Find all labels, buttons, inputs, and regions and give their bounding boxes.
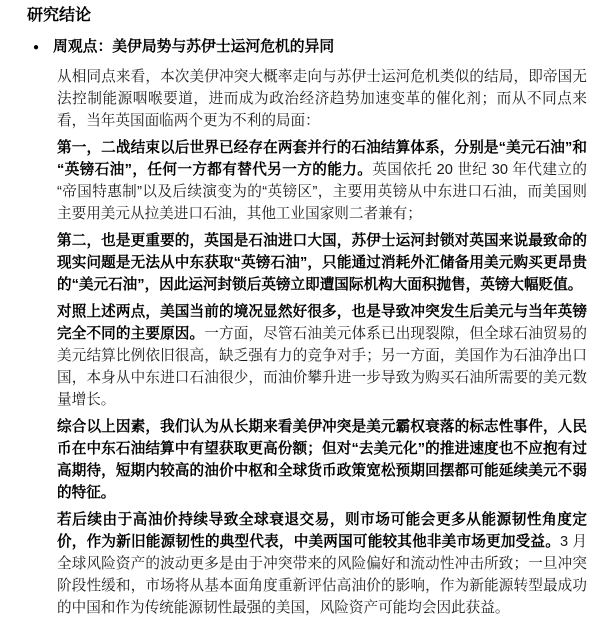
bullet-heading: 周观点：美伊局势与苏伊士运河危机的异同 [53, 37, 334, 58]
paragraph-2: 第一，二战结束以后世界已经存在两套并行的石油结算体系，分别是“美元石油”和“英镑… [57, 137, 587, 225]
paragraph-6-bold-lead: 若后续由于高油价持续导致全球衰退交易，则市场可能会更多从能源韧性角度定价，作为新… [57, 512, 587, 550]
bullet-item: ● 周观点：美伊局势与苏伊士运河危机的异同 [33, 37, 585, 58]
paragraph-3-bold-lead: 第二，也是更重要的，英国是石油进口大国，苏伊士运河封锁对英国来说最致命的现实问题… [57, 233, 587, 293]
paragraph-1-text: 从相同点来看，本次美伊冲突大概率走向与苏伊士运河危机类似的结局，即帝国无法控制能… [57, 69, 587, 129]
paragraph-4: 对照上述两点，美国当前的境况显然好很多，也是导致冲突发生后美元与当年英镑完全不同… [57, 301, 587, 411]
paragraph-5: 综合以上因素，我们认为从长期来看美伊冲突是美元霸权衰落的标志性事件，人民币在中东… [57, 416, 587, 504]
paragraph-block: 从相同点来看，本次美伊冲突大概率走向与苏伊士运河危机类似的结局，即帝国无法控制能… [57, 66, 587, 619]
paragraph-3: 第二，也是更重要的，英国是石油进口大国，苏伊士运河封锁对英国来说最致命的现实问题… [57, 230, 587, 296]
paragraph-6: 若后续由于高油价持续导致全球衰退交易，则市场可能会更多从能源韧性角度定价，作为新… [57, 509, 587, 619]
paragraph-1: 从相同点来看，本次美伊冲突大概率走向与苏伊士运河危机类似的结局，即帝国无法控制能… [57, 66, 587, 132]
page-title: 研究结论 [27, 7, 585, 24]
paragraph-5-bold-lead: 综合以上因素，我们认为从长期来看美伊冲突是美元霸权衰落的标志性事件，人民币在中东… [57, 419, 587, 501]
document-page: 研究结论 ● 周观点：美伊局势与苏伊士运河危机的异同 从相同点来看，本次美伊冲突… [0, 0, 593, 639]
bullet-icon: ● [33, 37, 39, 58]
